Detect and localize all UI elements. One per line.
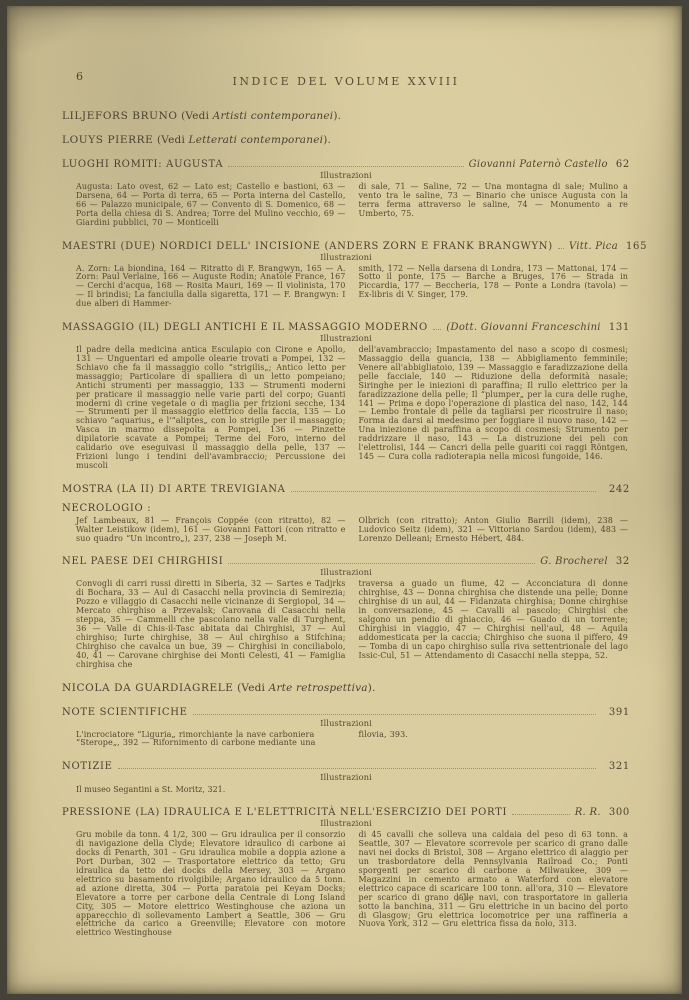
entry-title: NOTIZIE <box>62 761 113 772</box>
see-also-suffix: ). <box>368 682 376 694</box>
illustrations-label: Illustrazioni <box>62 719 630 729</box>
illustration-text-left: A. Zorn: La biondina, 164 — Ritratto di … <box>76 265 346 310</box>
dotted-leader <box>291 483 596 492</box>
illustrations-columns: Convogli di carri russi diretti in Siber… <box>76 580 628 669</box>
entry-author: R. R. <box>575 807 601 818</box>
illustration-text-right: di 45 cavalli che solleva una caldaia de… <box>359 831 629 938</box>
entry-author: Vitt. Pica <box>569 241 618 252</box>
necrologio-columns: Jef Lambeaux, 81 — François Coppée (con … <box>76 517 628 544</box>
entry-heading: NECROLOGIO : <box>62 503 630 514</box>
index-entry-nicola: NICOLA DA GUARDIAGRELE (Vedi Arte retros… <box>62 682 630 694</box>
index-entry-necrologio: NECROLOGIO : Jef Lambeaux, 81 — François… <box>62 503 630 544</box>
entry-title: MOSTRA (LA II) DI ARTE TREVIGIANA <box>62 484 286 495</box>
illustration-text-single: Il museo Segantini a St. Moritz, 321. <box>76 785 630 794</box>
illustrations-label: Illustrazioni <box>62 773 630 783</box>
dotted-leader <box>193 706 596 715</box>
entry-title: LUOGHI ROMITI: AUGUSTA <box>62 159 223 170</box>
illustration-text-left: L'incrociatore “Liguria„ rimorchiante la… <box>76 731 346 749</box>
page-header: 6 INDICE DEL VOLUME XXVIII <box>62 70 630 89</box>
dotted-leader <box>118 760 596 769</box>
entry-heading: PRESSIONE (LA) IDRAULICA E L'ELETTRICITÀ… <box>62 806 630 818</box>
index-entry-massaggio: MASSAGGIO (IL) DEGLI ANTICHI E IL MASSAG… <box>62 321 630 471</box>
dotted-leader <box>512 806 570 815</box>
entry-page-number: 32 <box>616 556 630 567</box>
see-also-prefix: (Vedi <box>153 134 188 146</box>
index-entry-maestri-nordici: MAESTRI (DUE) NORDICI DELL' INCISIONE (A… <box>62 240 630 310</box>
see-also-reference: Letterati contemporanei <box>189 134 324 146</box>
see-also-reference: Arte retrospettiva <box>269 682 368 694</box>
illustration-text-right: traversa a guado un fiume, 42 — Acconcia… <box>359 580 629 669</box>
entry-heading: LUOGHI ROMITI: AUGUSTA Giovanni Paternò … <box>62 158 630 170</box>
entry-heading: NEL PAESE DEI CHIRGHISI G. Brocherel 32 <box>62 555 630 567</box>
index-entry-chirghisi: NEL PAESE DEI CHIRGHISI G. Brocherel 32 … <box>62 555 630 669</box>
illustration-text-left: Convogli di carri russi diretti in Siber… <box>76 580 346 669</box>
entry-title: LILJEFORS BRUNO <box>62 110 178 122</box>
illustrations-columns: L'incrociatore “Liguria„ rimorchiante la… <box>76 731 628 749</box>
entry-title: MASSAGGIO (IL) DEGLI ANTICHI E IL MASSAG… <box>62 322 428 333</box>
illustrations-columns: Il padre della medicina antica Esculapio… <box>76 346 628 471</box>
see-also-suffix: ). <box>333 110 341 122</box>
illustration-text-right: filovia, 393. <box>359 731 629 749</box>
necrologio-text-left: Jef Lambeaux, 81 — François Coppée (con … <box>76 517 346 544</box>
volume-title: INDICE DEL VOLUME XXVIII <box>233 75 460 88</box>
index-entry-mostra: MOSTRA (LA II) DI ARTE TREVIGIANA 242 <box>62 483 630 495</box>
entry-heading: NOTIZIE 321 <box>62 760 630 772</box>
index-page-content: 6 INDICE DEL VOLUME XXVIII LILJEFORS BRU… <box>62 70 630 950</box>
pencil-mark <box>451 883 477 909</box>
entry-title: NECROLOGIO : <box>62 503 151 514</box>
illustrations-label: Illustrazioni <box>62 253 630 263</box>
index-entry-note-scientifiche: NOTE SCIENTIFICHE 391 Illustrazioni L'in… <box>62 706 630 749</box>
illustration-text-left: Il padre della medicina antica Esculapio… <box>76 346 346 471</box>
entry-page-number: 321 <box>609 761 630 772</box>
entry-title: MAESTRI (DUE) NORDICI DELL' INCISIONE (A… <box>62 241 553 252</box>
entry-title: NEL PAESE DEI CHIRGHISI <box>62 556 223 567</box>
index-entry-liljefors: LILJEFORS BRUNO (Vedi Artisti contempora… <box>62 110 630 122</box>
entry-page-number: 62 <box>616 159 630 170</box>
index-entry-pressione: PRESSIONE (LA) IDRAULICA E L'ELETTRICITÀ… <box>62 806 630 938</box>
see-also-prefix: (Vedi <box>234 682 269 694</box>
illustrations-label: Illustrazioni <box>62 171 630 181</box>
illustration-text-right: di sale, 71 — Saline, 72 — Una montagna … <box>359 183 629 228</box>
dotted-leader <box>228 555 535 564</box>
see-also-reference: Artisti contemporanei <box>213 110 334 122</box>
entry-title: NICOLA DA GUARDIAGRELE <box>62 682 234 694</box>
entry-title: PRESSIONE (LA) IDRAULICA E L'ELETTRICITÀ… <box>62 807 507 818</box>
illustration-text-right: dell'avambraccio; Impastamento del naso … <box>359 346 629 471</box>
illustrations-columns: Augusta: Lato ovest, 62 — Lato est; Cast… <box>76 183 628 228</box>
illustrations-columns: Gru mobile da tonn. 4 1/2, 300 — Gru idr… <box>76 831 628 938</box>
entry-author: G. Brocherel <box>540 556 608 567</box>
illustrations-label: Illustrazioni <box>62 334 630 344</box>
entry-author: Giovanni Paternò Castello <box>469 159 608 170</box>
entry-title: LOUYS PIERRE <box>62 134 153 146</box>
dotted-leader <box>558 240 564 249</box>
necrologio-text-right: Olbrich (con ritratto); Anton Giulio Bar… <box>359 517 629 544</box>
illustration-text-right: smith, 172 — Nella darsena di Londra, 17… <box>359 265 629 310</box>
dotted-leader <box>433 321 441 330</box>
index-entry-louys: LOUYS PIERRE (Vedi Letterati contemporan… <box>62 134 630 146</box>
illustration-text-left: Gru mobile da tonn. 4 1/2, 300 — Gru idr… <box>76 831 346 938</box>
see-also-suffix: ). <box>323 134 331 146</box>
illustration-text-left: Augusta: Lato ovest, 62 — Lato est; Cast… <box>76 183 346 228</box>
entry-heading: MAESTRI (DUE) NORDICI DELL' INCISIONE (A… <box>62 240 630 252</box>
index-entry-luoghi-romiti: LUOGHI ROMITI: AUGUSTA Giovanni Paternò … <box>62 158 630 228</box>
entry-page-number: 165 <box>626 241 647 252</box>
illustrations-label: Illustrazioni <box>62 568 630 578</box>
index-entry-notizie: NOTIZIE 321 Illustrazioni Il museo Segan… <box>62 760 630 794</box>
paper: 6 INDICE DEL VOLUME XXVIII LILJEFORS BRU… <box>7 6 682 994</box>
entry-heading: NOTE SCIENTIFICHE 391 <box>62 706 630 718</box>
entry-page-number: 300 <box>609 807 630 818</box>
see-also-prefix: (Vedi <box>178 110 213 122</box>
page-number: 6 <box>76 70 83 83</box>
dotted-leader <box>228 158 463 167</box>
entry-author: (Dott. Giovanni Franceschini <box>446 322 600 333</box>
entry-page-number: 391 <box>609 707 630 718</box>
illustrations-label: Illustrazioni <box>62 819 630 829</box>
entry-page-number: 131 <box>609 322 630 333</box>
entry-title: NOTE SCIENTIFICHE <box>62 707 188 718</box>
entry-page-number: 242 <box>609 484 630 495</box>
entry-heading: MASSAGGIO (IL) DEGLI ANTICHI E IL MASSAG… <box>62 321 630 333</box>
illustrations-columns: A. Zorn: La biondina, 164 — Ritratto di … <box>76 265 628 310</box>
